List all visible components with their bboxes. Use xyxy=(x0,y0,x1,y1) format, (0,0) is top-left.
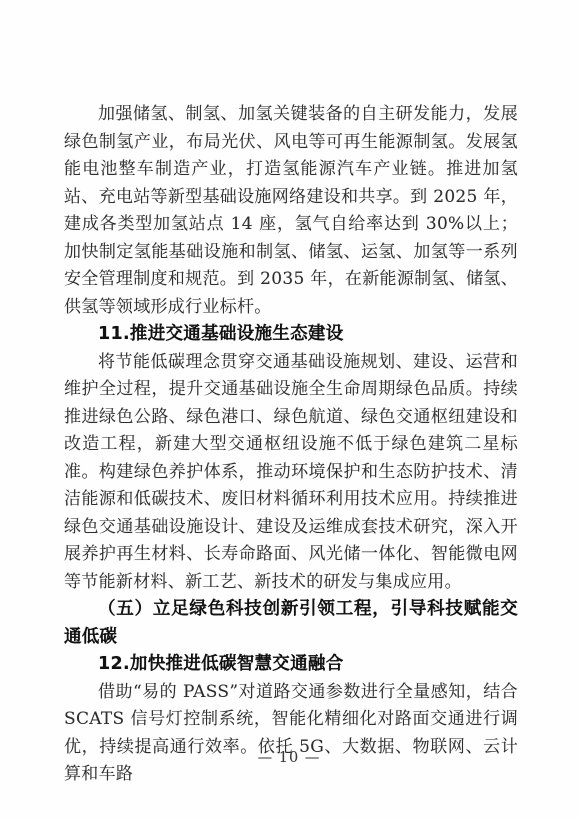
paragraph-green-infrastructure: 将节能低碳理念贯穿交通基础设施规划、建设、运营和维护全过程，提升交通基础设施全生… xyxy=(64,349,518,597)
page-body: 加强储氢、制氢、加氢关键装备的自主研发能力，发展绿色制氢产业，布局光伏、风电等可… xyxy=(64,101,518,789)
paragraph-smart-traffic: 借助“易的 PASS”对道路交通参数进行全量感知，结合 SCATS 信号灯控制系… xyxy=(64,679,518,789)
paragraph-hydrogen-development: 加强储氢、制氢、加氢关键装备的自主研发能力，发展绿色制氢产业，布局光伏、风电等可… xyxy=(64,101,518,321)
heading-12-low-carbon-smart-transport: 12.加快推进低碳智慧交通融合 xyxy=(64,651,518,679)
document-page: 加强储氢、制氢、加氢关键装备的自主研发能力，发展绿色制氢产业，布局光伏、风电等可… xyxy=(0,0,578,818)
heading-11-transport-infrastructure-ecology: 11.推进交通基础设施生态建设 xyxy=(64,321,518,349)
heading-section-5-green-tech-innovation: （五）立足绿色科技创新引领工程，引导科技赋能交通低碳 xyxy=(64,596,518,651)
page-number: — 10 — xyxy=(0,748,578,768)
